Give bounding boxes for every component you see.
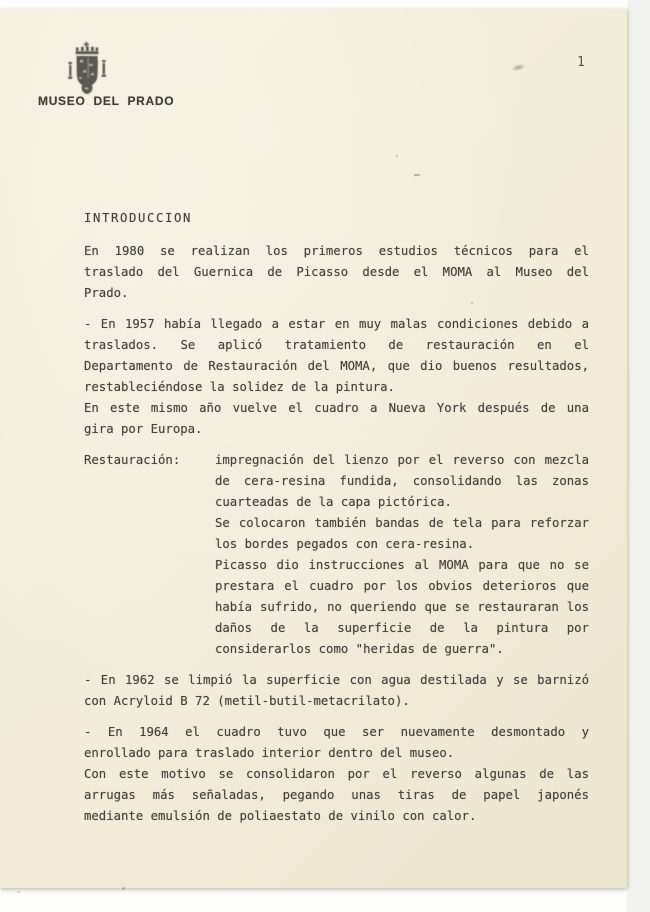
text-line: Se colocaron también bandas de tela para… xyxy=(215,513,589,534)
spain-coat-of-arms-icon xyxy=(64,42,110,96)
paragraph-body: impregnación del lienzo por el reverso c… xyxy=(215,450,589,660)
page-number: 1 xyxy=(577,55,585,70)
text-line: traslados. Se aplicó tratamiento de rest… xyxy=(84,335,589,356)
text-line: mediante emulsión de poliaestato de vini… xyxy=(84,806,589,827)
text-line: considerarlos como "heridas de guerra". xyxy=(215,639,589,660)
text-line: - En 1957 había llegado a estar en muy m… xyxy=(84,314,589,335)
text-line: gira por Europa. xyxy=(84,419,589,440)
scan-speck xyxy=(396,155,398,157)
text-line: En este mismo año vuelve el cuadro a Nue… xyxy=(84,398,589,419)
text-line: daños de la superficie de la pintura por xyxy=(215,618,589,639)
scan-speck xyxy=(17,891,20,893)
scan-smudge xyxy=(510,62,526,72)
text-line: - En 1962 se limpió la superficie con ag… xyxy=(84,670,589,691)
museum-letterhead-title: MUSEO DEL PRADO xyxy=(38,94,174,108)
scan-background-edge xyxy=(627,0,650,912)
text-line: restableciéndose la solidez de la pintur… xyxy=(84,377,589,398)
scan-speck xyxy=(122,887,125,890)
section-heading: INTRODUCCION xyxy=(84,208,589,229)
text-line: Con este motivo se consolidaron por el r… xyxy=(84,764,589,785)
document-body: INTRODUCCION En 1980 se realizan los pri… xyxy=(84,208,589,837)
text-line: prestara el cuadro por los obvios deteri… xyxy=(215,576,589,597)
text-line: de cera-resina fundida, consolidando las… xyxy=(215,471,589,492)
text-line: cuarteadas de la capa pictórica. xyxy=(215,492,589,513)
paragraph: Restauración:impregnación del lienzo por… xyxy=(84,450,589,660)
text-line: impregnación del lienzo por el reverso c… xyxy=(215,450,589,471)
paragraph: - En 1962 se limpió la superficie con ag… xyxy=(84,670,589,712)
document-page: MUSEO DEL PRADO 1 INTRODUCCION En 1980 s… xyxy=(0,9,627,888)
text-line: Departamento de Restauración del MOMA, q… xyxy=(84,356,589,377)
paragraph: - En 1957 había llegado a estar en muy m… xyxy=(84,314,589,440)
scan-speck xyxy=(414,174,420,177)
text-line: los bordes pegados con cera-resina. xyxy=(215,534,589,555)
text-line: con Acryloid B 72 (metil-butil-metacrila… xyxy=(84,691,589,712)
paragraph: En 1980 se realizan los primeros estudio… xyxy=(84,241,589,304)
text-line: Prado. xyxy=(84,283,589,304)
text-line: enrollado para traslado interior dentro … xyxy=(84,743,589,764)
text-line: - En 1964 el cuadro tuvo que ser nuevame… xyxy=(84,722,589,743)
text-line: había sufrido, no queriendo que se resta… xyxy=(215,597,589,618)
text-line: En 1980 se realizan los primeros estudio… xyxy=(84,241,589,262)
text-line: Picasso dio instrucciones al MOMA para q… xyxy=(215,555,589,576)
paragraph-label: Restauración: xyxy=(84,450,180,471)
text-line: arrugas más señaladas, pegando unas tira… xyxy=(84,785,589,806)
paragraph: - En 1964 el cuadro tuvo que ser nuevame… xyxy=(84,722,589,827)
text-line: traslado del Guernica de Picasso desde e… xyxy=(84,262,589,283)
paragraphs-container: En 1980 se realizan los primeros estudio… xyxy=(84,241,589,827)
